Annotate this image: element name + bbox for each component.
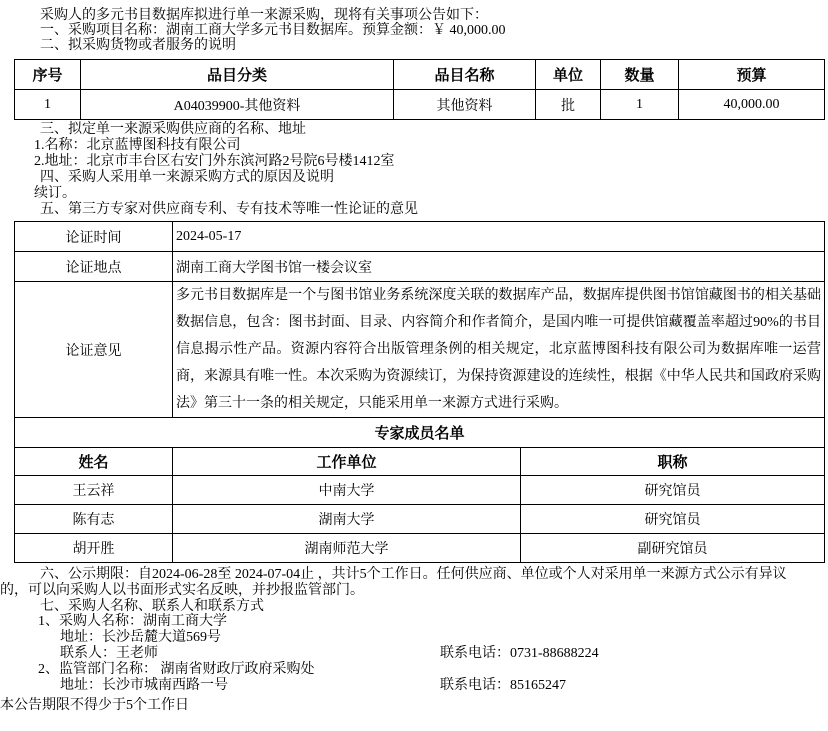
- contact-info-heading: 七、采购人名称、联系人和联系方式: [0, 599, 828, 615]
- footer-section: 六、公示期限：自2024-06-28至 2024-07-04止 ，共计5个工作日…: [0, 567, 828, 714]
- supplier-section: 三、拟定单一来源采购供应商的名称、地址 1.名称：北京蓝博图科技有限公司 2.地…: [0, 122, 828, 218]
- intro-section: 采购人的多元书目数据库拟进行单一来源采购，现将有关事项公告如下： 一、采购项目名…: [0, 8, 828, 53]
- expert-opinion-heading: 五、第三方专家对供应商专利、专有技术等唯一性论证的意见: [0, 202, 828, 218]
- cell-unit: 批: [536, 90, 601, 120]
- col-header-quantity: 数量: [601, 60, 679, 90]
- purchaser-phone: 联系电话：0731-88688224: [440, 646, 599, 662]
- regulator-name-line: 2、监管部门名称： 湖南省财政厅政府采购处: [0, 662, 828, 678]
- purchaser-contact-line: 联系人：王老师 联系电话：0731-88688224: [0, 646, 828, 662]
- expert-row: 陈有志 湖南大学 研究馆员: [15, 505, 825, 534]
- regulator-address: 地址：长沙市城南西路一号: [60, 678, 228, 693]
- demonstration-table: 论证时间 2024-05-17 论证地点 湖南工商大学图书馆一楼会议室 论证意见…: [14, 221, 825, 563]
- procurement-announcement-page: 采购人的多元书目数据库拟进行单一来源采购，现将有关事项公告如下： 一、采购项目名…: [0, 0, 828, 731]
- col-header-item-name: 品目名称: [394, 60, 536, 90]
- experts-header-row: 姓名 工作单位 职称: [15, 448, 825, 476]
- demo-opinion-label: 论证意见: [15, 282, 173, 418]
- experts-title: 专家成员名单: [15, 418, 825, 448]
- supplier-name-line: 1.名称：北京蓝博图科技有限公司: [0, 138, 828, 154]
- expert-row: 胡开胜 湖南师范大学 副研究馆员: [15, 534, 825, 563]
- cell-quantity: 1: [601, 90, 679, 120]
- expert-row: 王云祥 中南大学 研究馆员: [15, 476, 825, 505]
- demo-time-label: 论证时间: [15, 222, 173, 252]
- cell-budget: 40,000.00: [679, 90, 825, 120]
- demo-place-row: 论证地点 湖南工商大学图书馆一楼会议室: [15, 252, 825, 282]
- publicity-period-continued: 的，可以向采购人以书面形式实名反映，并抄报监管部门。: [0, 583, 828, 599]
- col-header-seq: 序号: [15, 60, 81, 90]
- demo-place-value: 湖南工商大学图书馆一楼会议室: [173, 252, 825, 282]
- supplier-heading: 三、拟定单一来源采购供应商的名称、地址: [0, 122, 828, 138]
- demo-time-row: 论证时间 2024-05-17: [15, 222, 825, 252]
- supplier-address-line: 2.地址：北京市丰台区右安门外东滨河路2号院6号楼1412室: [0, 154, 828, 170]
- demo-opinion-value: 多元书目数据库是一个与图书馆业务系统深度关联的数据库产品，数据库提供图书馆馆藏图…: [173, 282, 825, 418]
- demo-place-label: 论证地点: [15, 252, 173, 282]
- expert-title: 研究馆员: [521, 505, 825, 534]
- expert-org: 中南大学: [173, 476, 521, 505]
- minimum-period-note: 本公告期限不得少于5个工作日: [0, 698, 828, 714]
- purchaser-address-line: 地址：长沙岳麓大道569号: [0, 630, 828, 646]
- regulator-address-line: 地址：长沙市城南西路一号 联系电话：85165247: [0, 678, 828, 694]
- expert-name: 陈有志: [15, 505, 173, 534]
- expert-org: 湖南师范大学: [173, 534, 521, 563]
- col-header-category: 品目分类: [81, 60, 394, 90]
- intro-line: 采购人的多元书目数据库拟进行单一来源采购，现将有关事项公告如下：: [0, 8, 828, 23]
- demo-opinion-row: 论证意见 多元书目数据库是一个与图书馆业务系统深度关联的数据库产品，数据库提供图…: [15, 282, 825, 418]
- demo-time-value: 2024-05-17: [173, 222, 825, 252]
- regulator-phone: 联系电话：85165247: [440, 678, 566, 694]
- items-table: 序号 品目分类 品目名称 单位 数量 预算 1 A04039900-其他资料 其…: [14, 59, 825, 120]
- publicity-period-line: 六、公示期限：自2024-06-28至 2024-07-04止 ，共计5个工作日…: [0, 567, 828, 583]
- expert-title: 副研究馆员: [521, 534, 825, 563]
- expert-name: 王云祥: [15, 476, 173, 505]
- experts-title-row: 专家成员名单: [15, 418, 825, 448]
- col-header-budget: 预算: [679, 60, 825, 90]
- cell-category: A04039900-其他资料: [81, 90, 394, 120]
- purchaser-name-line: 1、采购人名称：湖南工商大学: [0, 614, 828, 630]
- expert-col-title: 职称: [521, 448, 825, 476]
- expert-col-org: 工作单位: [173, 448, 521, 476]
- goods-description-heading: 二、拟采购货物或者服务的说明: [0, 38, 828, 53]
- items-table-row: 1 A04039900-其他资料 其他资料 批 1 40,000.00: [15, 90, 825, 120]
- items-table-header-row: 序号 品目分类 品目名称 单位 数量 预算: [15, 60, 825, 90]
- reason-heading: 四、采购人采用单一来源采购方式的原因及说明: [0, 170, 828, 186]
- expert-org: 湖南大学: [173, 505, 521, 534]
- expert-col-name: 姓名: [15, 448, 173, 476]
- expert-name: 胡开胜: [15, 534, 173, 563]
- col-header-unit: 单位: [536, 60, 601, 90]
- cell-item-name: 其他资料: [394, 90, 536, 120]
- expert-title: 研究馆员: [521, 476, 825, 505]
- cell-seq: 1: [15, 90, 81, 120]
- purchaser-contact-person: 联系人：王老师: [60, 646, 158, 661]
- project-name-line: 一、采购项目名称：湖南工商大学多元书目数据库。预算金额：￥ 40,000.00: [0, 23, 828, 38]
- reason-text-line: 续订。: [0, 186, 828, 202]
